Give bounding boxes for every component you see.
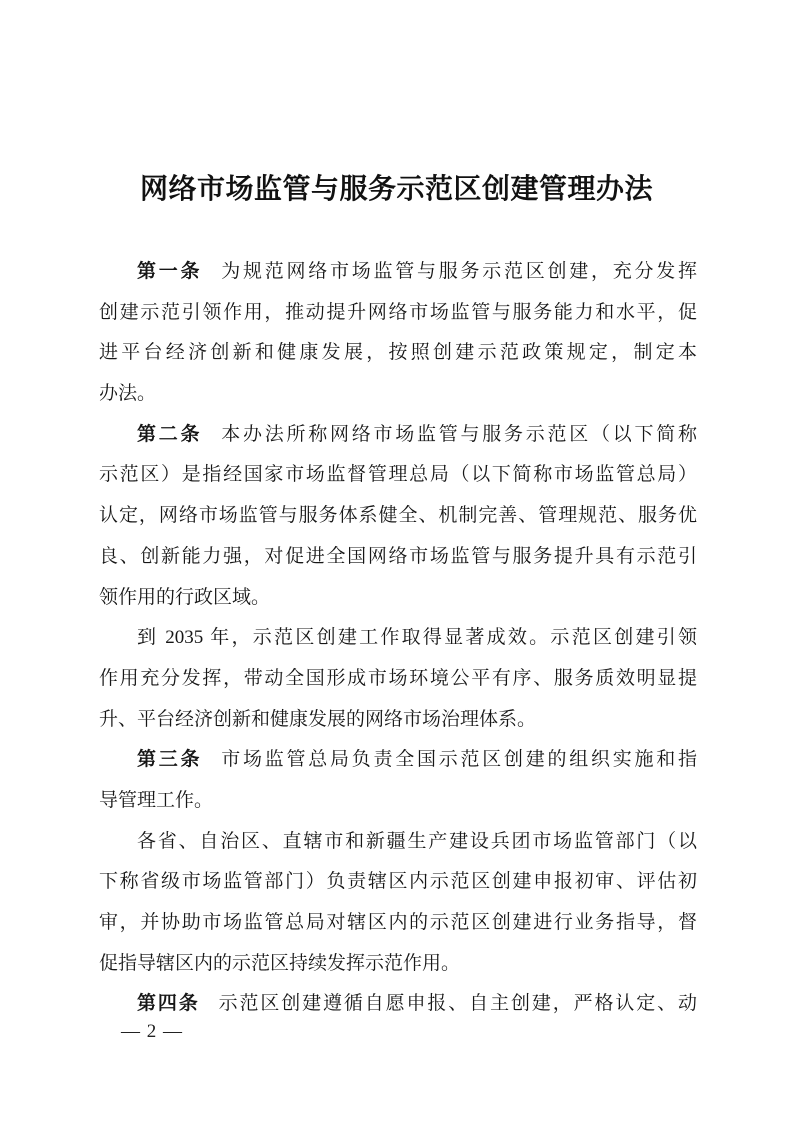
text-line: 良、创新能力强，对促进全国网络市场监管与服务提升具有示范引 [99,537,697,578]
text-line: 第二条本办法所称网络市场监管与服务示范区（以下简称 [99,415,697,456]
line-text: 审，并协助市场监管总局对辖区内的示范区创建进行业务指导，督 [99,912,697,933]
text-line: 第三条市场监管总局负责全国示范区创建的组织实施和指 [99,740,697,781]
text-line: 办法。 [99,374,697,415]
text-line: 认定，网络市场监管与服务体系健全、机制完善、管理规范、服务优 [99,496,697,537]
article-number: 第四条 [137,993,200,1014]
text-line: 升、平台经济创新和健康发展的网络市场治理体系。 [99,700,697,741]
text-line: 导管理工作。 [99,781,697,822]
line-text: 导管理工作。 [99,790,213,811]
line-text: 到 2035 年，示范区创建工作取得显著成效。示范区创建引领 [137,627,697,648]
text-line: 到 2035 年，示范区创建工作取得显著成效。示范区创建引领 [99,618,697,659]
line-text: 各省、自治区、直辖市和新疆生产建设兵团市场监管部门（以 [137,831,697,852]
paragraph: 各省、自治区、直辖市和新疆生产建设兵团市场监管部门（以下称省级市场监管部门）负责… [99,822,697,985]
article-number: 第二条 [137,424,202,445]
article-number: 第一条 [137,261,202,282]
line-text: 示范区）是指经国家市场监督管理总局（以下简称市场监管总局） [99,464,697,485]
article-number: 第三条 [137,749,202,770]
line-text: 为规范网络市场监管与服务示范区创建，充分发挥 [221,261,697,282]
line-text: 市场监管总局负责全国示范区创建的组织实施和指 [221,749,697,770]
line-text: 升、平台经济创新和健康发展的网络市场治理体系。 [99,709,536,730]
text-line: 第四条示范区创建遵循自愿申报、自主创建，严格认定、动 [99,984,697,1025]
line-text: 示范区创建遵循自愿申报、自主创建，严格认定、动 [219,993,697,1014]
text-line: 领作用的行政区域。 [99,578,697,619]
line-text: 本办法所称网络市场监管与服务示范区（以下简称 [221,424,697,445]
document-title: 网络市场监管与服务示范区创建管理办法 [0,167,793,207]
text-line: 创建示范引领作用，推动提升网络市场监管与服务能力和水平，促 [99,293,697,334]
line-text: 促指导辖区内的示范区持续发挥示范作用。 [99,953,460,974]
text-line: 作用充分发挥，带动全国形成市场环境公平有序、服务质效明显提 [99,659,697,700]
line-text: 领作用的行政区域。 [99,587,270,608]
line-text: 办法。 [99,383,156,404]
document-page: 网络市场监管与服务示范区创建管理办法 第一条为规范网络市场监管与服务示范区创建，… [0,0,793,1122]
paragraph: 第四条示范区创建遵循自愿申报、自主创建，严格认定、动 [99,984,697,1025]
text-line: 促指导辖区内的示范区持续发挥示范作用。 [99,944,697,985]
line-text: 进平台经济创新和健康发展，按照创建示范政策规定，制定本 [99,342,697,363]
document-body: 第一条为规范网络市场监管与服务示范区创建，充分发挥创建示范引领作用，推动提升网络… [99,252,697,1025]
page-number: — 2 — [121,1019,183,1045]
line-text: 认定，网络市场监管与服务体系健全、机制完善、管理规范、服务优 [99,505,697,526]
text-line: 下称省级市场监管部门）负责辖区内示范区创建申报初审、评估初 [99,862,697,903]
paragraph: 第二条本办法所称网络市场监管与服务示范区（以下简称示范区）是指经国家市场监督管理… [99,415,697,618]
line-text: 作用充分发挥，带动全国形成市场环境公平有序、服务质效明显提 [99,668,697,689]
paragraph: 第一条为规范网络市场监管与服务示范区创建，充分发挥创建示范引领作用，推动提升网络… [99,252,697,415]
text-line: 各省、自治区、直辖市和新疆生产建设兵团市场监管部门（以 [99,822,697,863]
line-text: 下称省级市场监管部门）负责辖区内示范区创建申报初审、评估初 [99,871,697,892]
text-line: 进平台经济创新和健康发展，按照创建示范政策规定，制定本 [99,333,697,374]
text-line: 第一条为规范网络市场监管与服务示范区创建，充分发挥 [99,252,697,293]
line-text: 良、创新能力强，对促进全国网络市场监管与服务提升具有示范引 [99,546,697,567]
line-text: 创建示范引领作用，推动提升网络市场监管与服务能力和水平，促 [99,302,697,323]
paragraph: 到 2035 年，示范区创建工作取得显著成效。示范区创建引领作用充分发挥，带动全… [99,618,697,740]
paragraph: 第三条市场监管总局负责全国示范区创建的组织实施和指导管理工作。 [99,740,697,821]
text-line: 示范区）是指经国家市场监督管理总局（以下简称市场监管总局） [99,455,697,496]
text-line: 审，并协助市场监管总局对辖区内的示范区创建进行业务指导，督 [99,903,697,944]
